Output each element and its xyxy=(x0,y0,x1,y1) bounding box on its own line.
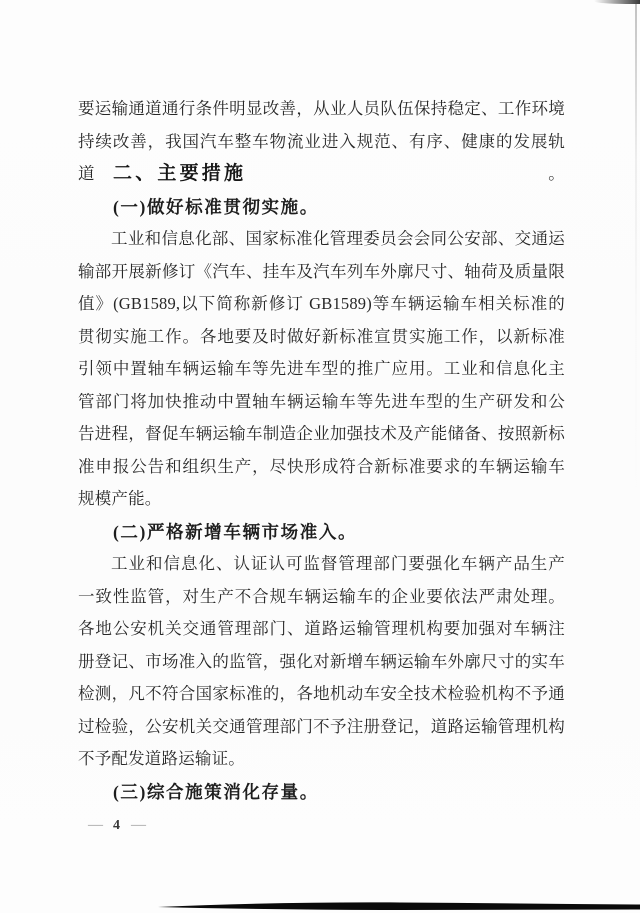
scan-page-edge-line xyxy=(635,4,637,524)
document-body: 要运输通道通行条件明显改善，从业人员队伍保持稳定、工作环境 持续改善，我国汽车整… xyxy=(78,93,565,808)
text-line: 贯彻实施工作。各地要及时做好新标准宣贯实施工作，以新标准 xyxy=(78,321,565,354)
page-number: — 4 — xyxy=(88,817,145,834)
text-line: 规模产能。 xyxy=(78,483,565,516)
page-number-dash: — xyxy=(131,817,145,834)
subsection-heading: (一)做好标准贯彻实施。 xyxy=(78,191,565,224)
text-line: 各地公安机关交通管理部门、道路运输管理机构要加强对车辆注 xyxy=(78,613,565,646)
text-line: 册登记、市场准入的监管，强化对新增车辆运输车外廓尺寸的实车 xyxy=(78,646,565,679)
text-line: 要运输通道通行条件明显改善，从业人员队伍保持稳定、工作环境 xyxy=(78,93,565,126)
subsection-heading: (二)严格新增车辆市场准入。 xyxy=(78,516,565,549)
text-line: 工业和信息化、认证认可监督管理部门要强化车辆产品生产 xyxy=(78,548,565,581)
text-line: 过检验，公安机关交通管理部门不予注册登记，道路运输管理机构 xyxy=(78,711,565,744)
text-line: 不予配发道路运输证。 xyxy=(78,743,565,776)
text-line: 引领中置轴车辆运输车等先进车型的推广应用。工业和信息化主 xyxy=(78,353,565,386)
text-line: 一致性监管，对生产不合规车辆运输车的企业要依法严肃处理。 xyxy=(78,581,565,614)
page-number-value: 4 xyxy=(113,818,120,834)
text-line: 管部门将加快推动中置轴车辆运输车等先进车型的生产研发和公 xyxy=(78,386,565,419)
text-line: 值》(GB1589,以下简称新修订 GB1589)等车辆运输车相关标准的 xyxy=(78,288,565,321)
text-line: 持续改善，我国汽车整车物流业进入规范、有序、健康的发展轨道。 xyxy=(78,126,565,159)
scan-artifact-top-right xyxy=(594,0,640,4)
scan-shadow-bottom xyxy=(0,899,640,913)
text-line: 告进程，督促车辆运输车制造企业加强技术及产能储备、按照新标 xyxy=(78,418,565,451)
scanned-document-page: 要运输通道通行条件明显改善，从业人员队伍保持稳定、工作环境 持续改善，我国汽车整… xyxy=(0,0,640,913)
page-number-dash: — xyxy=(88,817,102,834)
text-line: 检测，凡不符合国家标准的，各地机动车安全技术检验机构不予通 xyxy=(78,678,565,711)
text-line: 准申报公告和组织生产，尽快形成符合新标准要求的车辆运输车 xyxy=(78,451,565,484)
text-line: 工业和信息化部、国家标准化管理委员会会同公安部、交通运 xyxy=(78,223,565,256)
text-line: 输部开展新修订《汽车、挂车及汽车列车外廓尺寸、轴荷及质量限 xyxy=(78,256,565,289)
subsection-heading: (三)综合施策消化存量。 xyxy=(78,776,565,809)
